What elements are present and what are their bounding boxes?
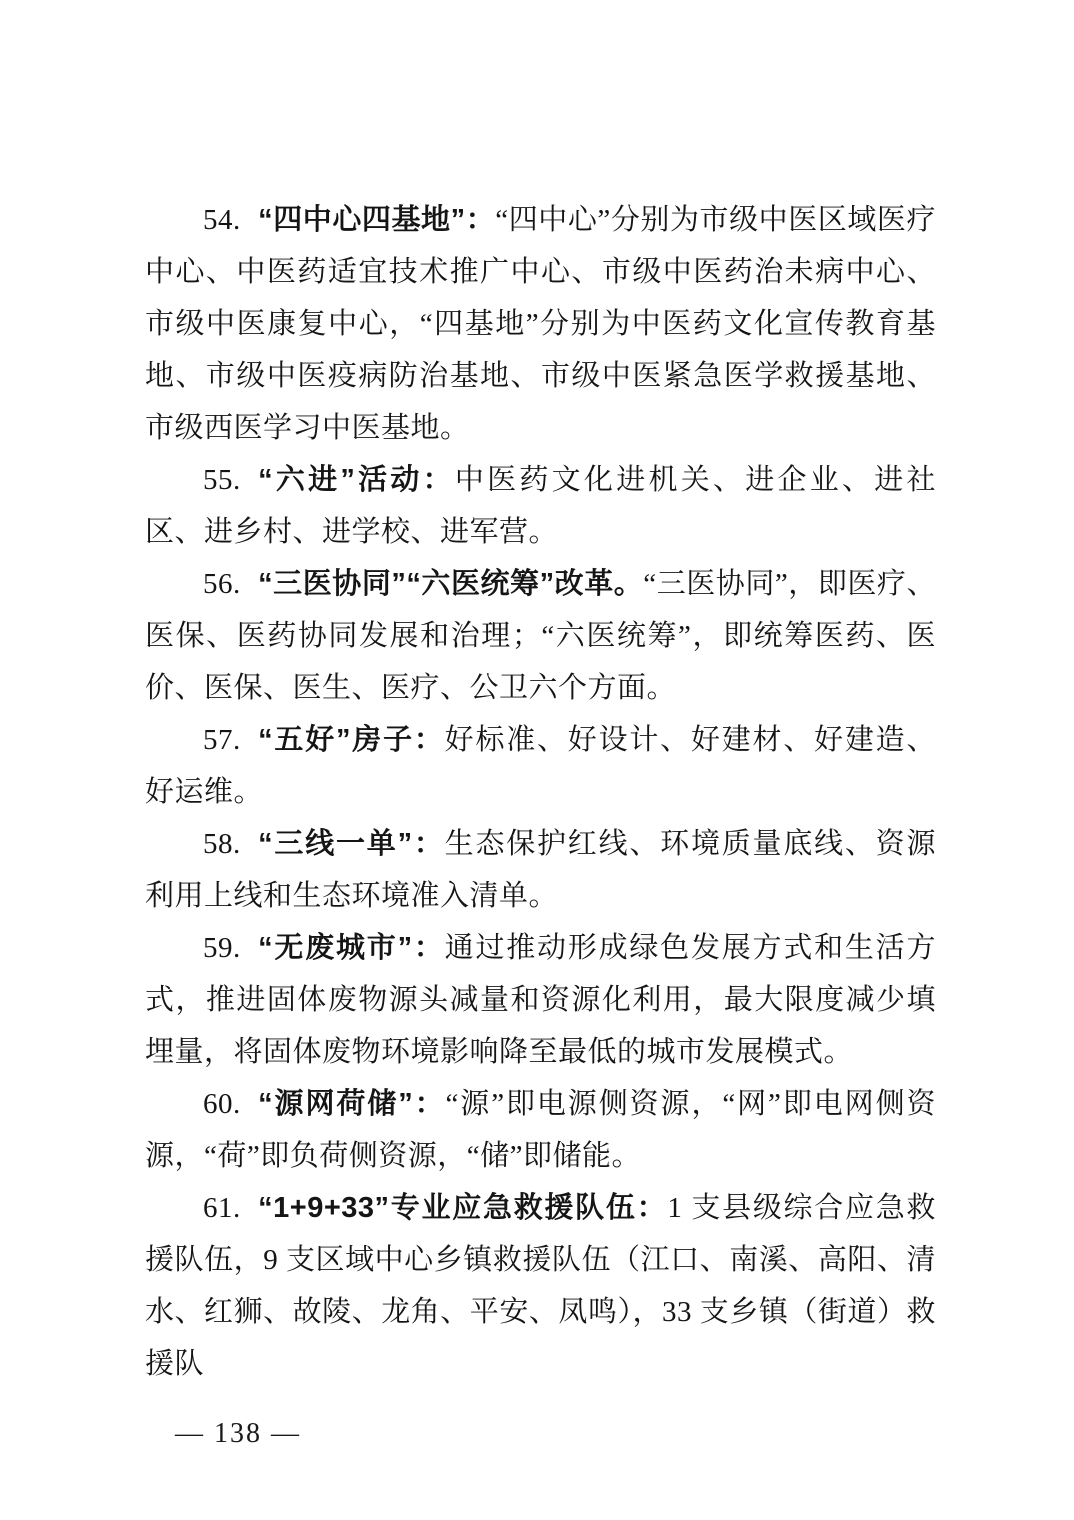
glossary-item-56: 56.“三医协同”“六医统筹”改革。“三医协同”，即医疗、医保、医药协同发展和治…	[145, 558, 936, 714]
glossary-item-58: 58.“三线一单”：生态保护红线、环境质量底线、资源利用上线和生态环境准入清单。	[145, 818, 936, 922]
item-number: 54.	[203, 204, 241, 236]
glossary-item-57: 57.“五好”房子：好标准、好设计、好建材、好建造、好运维。	[145, 714, 936, 818]
document-page: 54.“四中心四基地”：“四中心”分别为市级中医区域医疗中心、中医药适宜技术推广…	[0, 0, 1074, 1520]
item-number: 58.	[203, 828, 241, 860]
item-number: 57.	[203, 724, 241, 756]
item-number: 59.	[203, 932, 241, 964]
item-term: “三医协同”“六医统筹”改革。	[258, 568, 643, 600]
item-term: “四中心四基地”：	[258, 204, 495, 236]
glossary-item-61: 61.“1+9+33”专业应急救援队伍：1 支县级综合应急救援队伍，9 支区域中…	[145, 1182, 936, 1390]
item-number: 60.	[203, 1088, 241, 1120]
item-term: “1+9+33”专业应急救援队伍：	[258, 1192, 667, 1224]
item-number: 55.	[203, 464, 241, 496]
item-term: “三线一单”：	[258, 828, 445, 860]
glossary-item-55: 55.“六进”活动：中医药文化进机关、进企业、进社区、进乡村、进学校、进军营。	[145, 454, 936, 558]
item-number: 56.	[203, 568, 241, 600]
item-number: 61.	[203, 1192, 241, 1224]
page-number: — 138 —	[175, 1408, 936, 1460]
item-term: “源网荷储”：	[258, 1088, 445, 1120]
glossary-item-59: 59.“无废城市”：通过推动形成绿色发展方式和生活方式，推进固体废物源头减量和资…	[145, 922, 936, 1078]
item-term: “无废城市”：	[258, 932, 445, 964]
item-definition: “四中心”分别为市级中医区域医疗中心、中医药适宜技术推广中心、市级中医药治未病中…	[145, 204, 936, 444]
glossary-item-54: 54.“四中心四基地”：“四中心”分别为市级中医区域医疗中心、中医药适宜技术推广…	[145, 194, 936, 454]
item-term: “六进”活动：	[258, 464, 455, 496]
glossary-item-60: 60.“源网荷储”：“源”即电源侧资源，“网”即电网侧资源，“荷”即负荷侧资源，…	[145, 1078, 936, 1182]
item-term: “五好”房子：	[258, 724, 445, 756]
